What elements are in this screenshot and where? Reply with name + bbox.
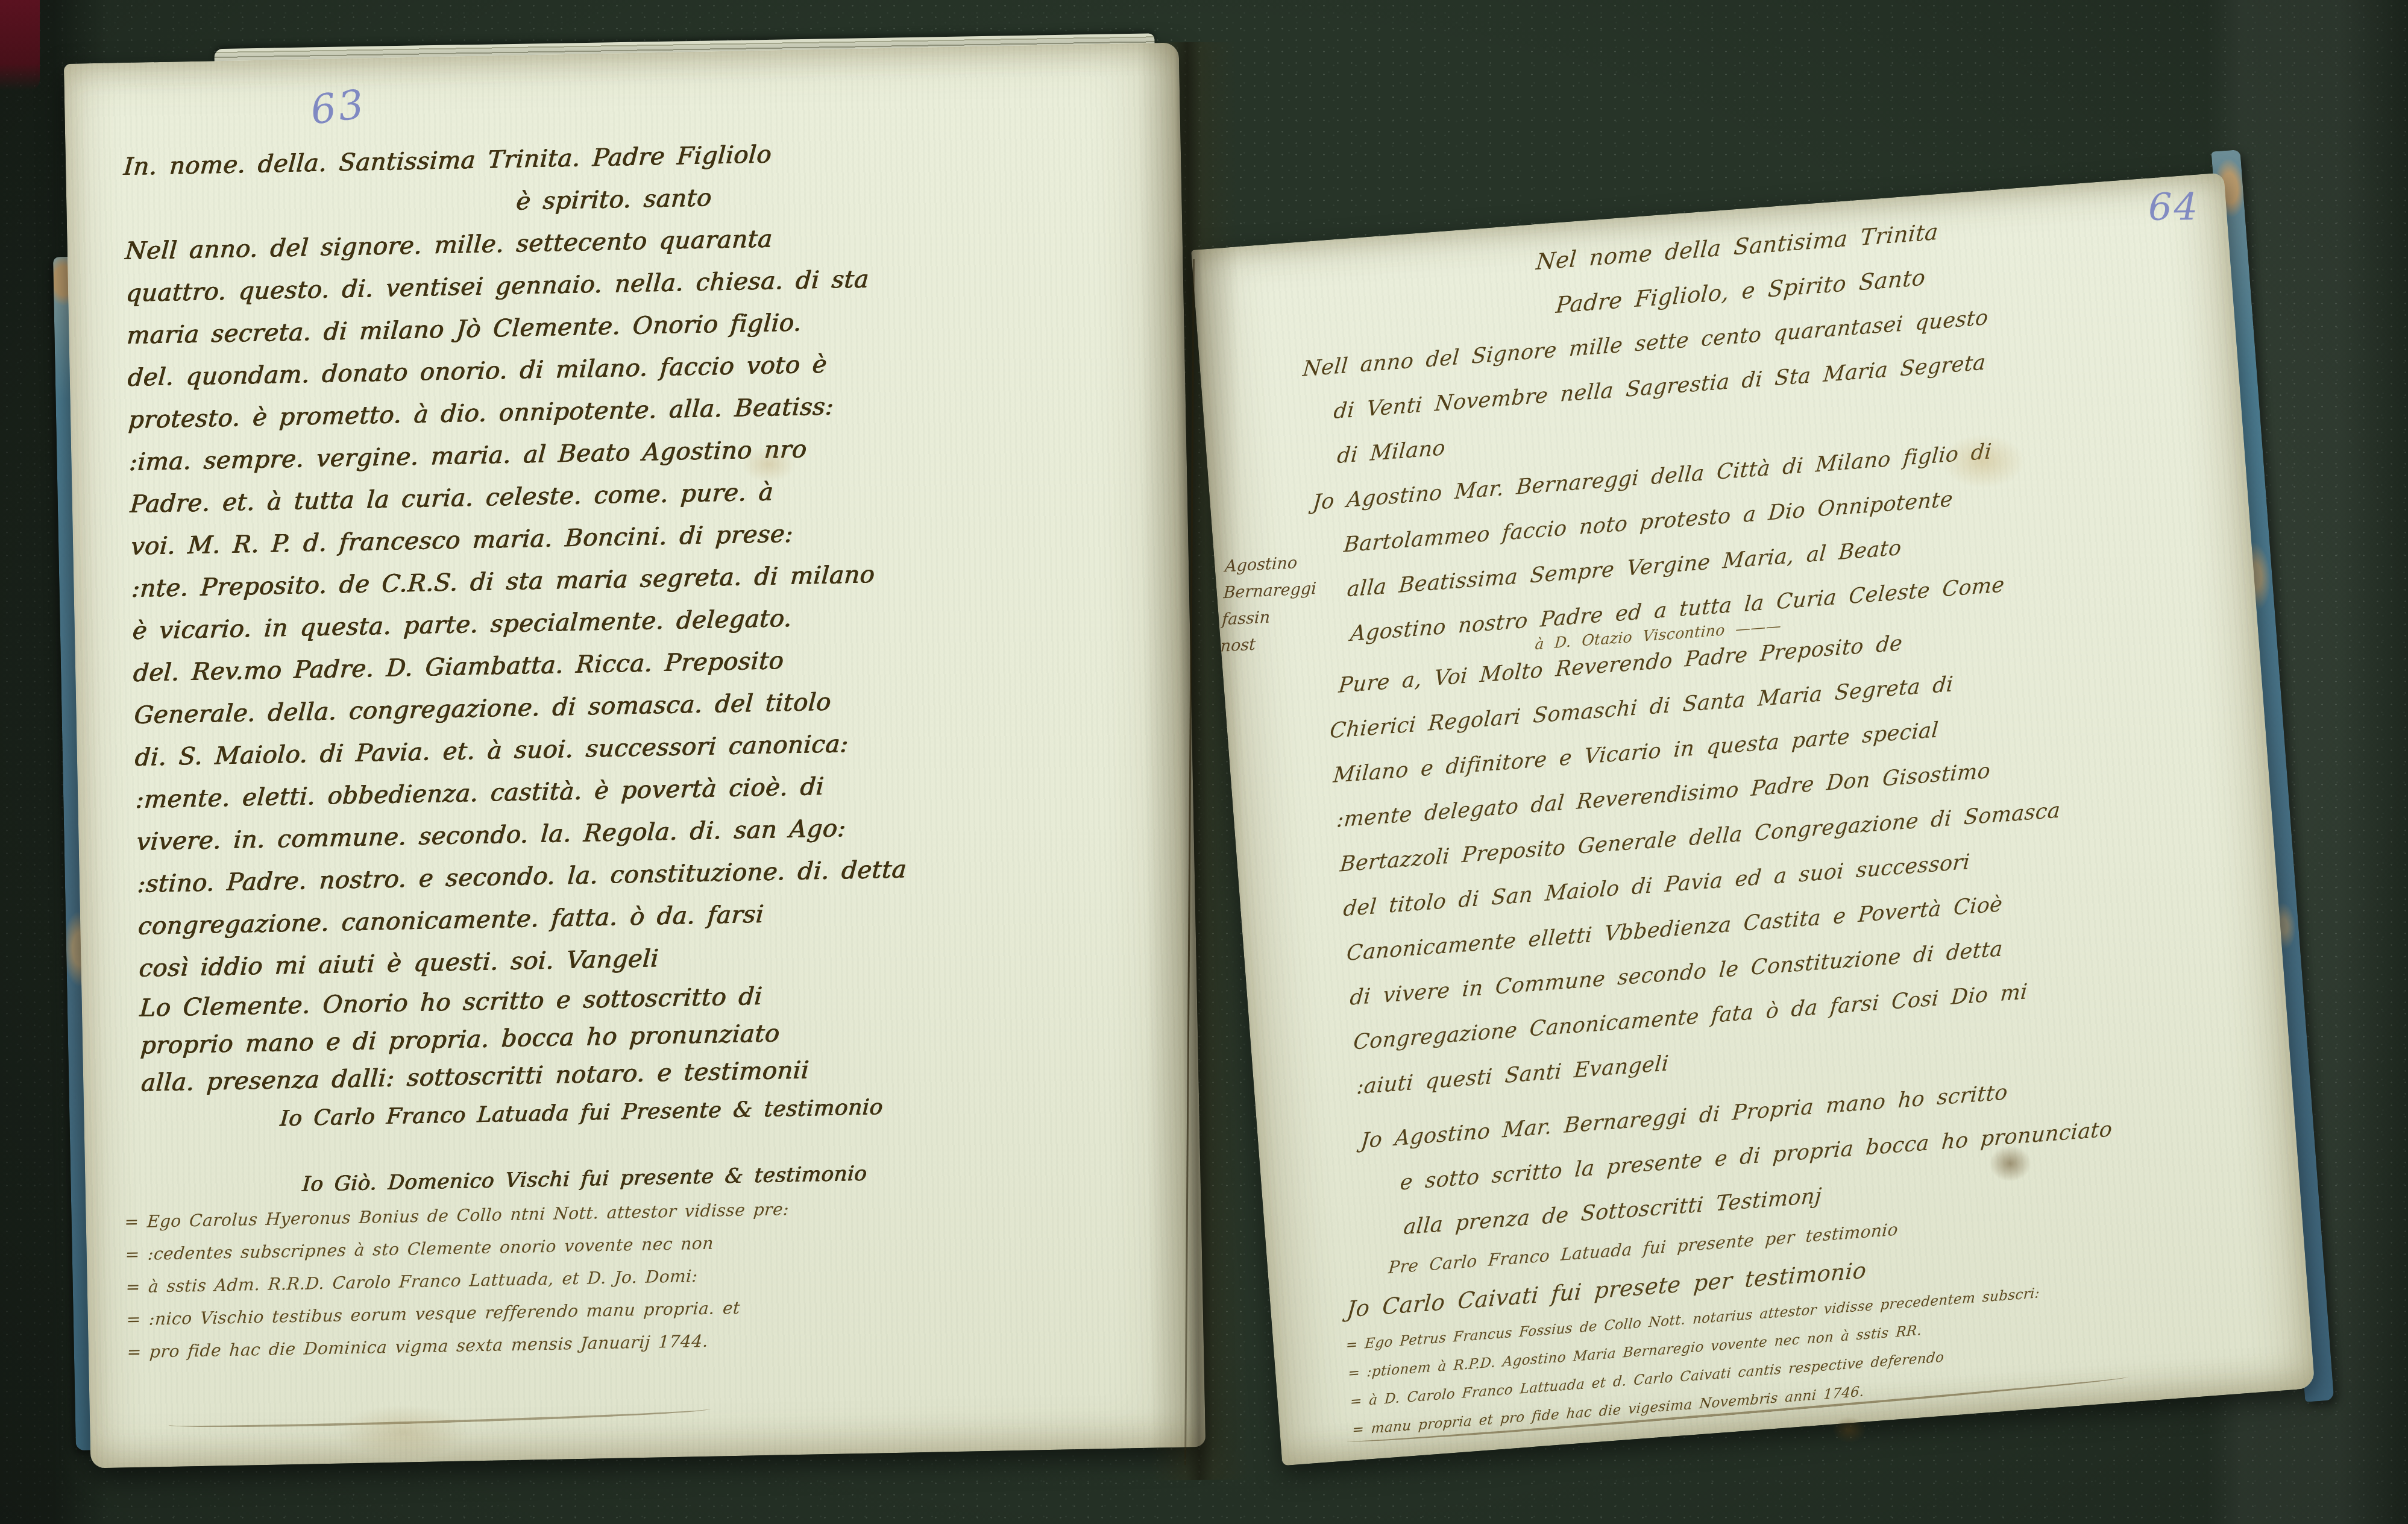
left-page-assembly: 63 In. nome. della. Santissima Trinita. … (64, 42, 1206, 1468)
red-cloth-corner (0, 0, 40, 90)
right-page-assembly: 64 Agostino Bernareggi fassin nost Nel n… (1191, 172, 2315, 1466)
right-page-text: Nel nome della Santisima TrinitaPadre Fi… (1265, 189, 2296, 1444)
left-page-text: In. nome. della. Santissima Trinita. Pad… (102, 126, 1183, 1368)
manuscript-photo: { "colors":{ "background":"#273428", "pa… (0, 0, 2408, 1524)
page-number-left: 63 (308, 81, 369, 134)
